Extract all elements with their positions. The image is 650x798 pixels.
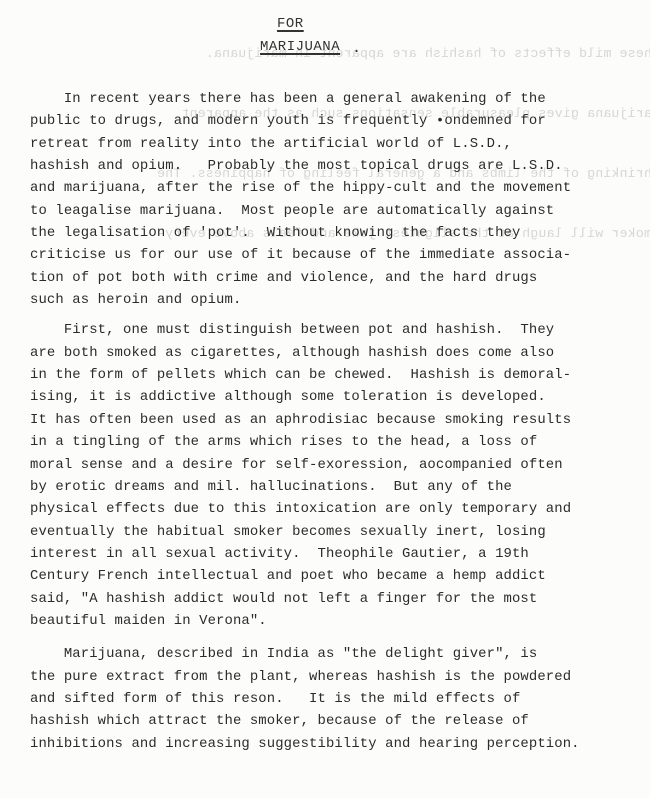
text-line: criticise us for our use of it because o… — [30, 244, 640, 266]
text-line: moral sense and a desire for self-exores… — [30, 454, 640, 476]
text-line: public to drugs, and modern youth is fre… — [30, 110, 640, 132]
text-line: beautiful maiden in Verona". — [30, 610, 640, 632]
text-line: hashish which attract the smoker, becaus… — [30, 710, 640, 732]
text-line: and sifted form of this reson. It is the… — [30, 688, 640, 710]
text-line: It has often been used as an aphrodisiac… — [30, 409, 640, 431]
text-line: the legalisation of 'pot'. Without knowi… — [30, 222, 640, 244]
title-line-for: FOR — [277, 16, 304, 32]
text-line: physical effects due to this intoxicatio… — [30, 498, 640, 520]
text-line: the pure extract from the plant, whereas… — [30, 666, 640, 688]
text-line: such as heroin and opium. — [30, 289, 640, 311]
text-line: interest in all sexual activity. Theophi… — [30, 543, 640, 565]
text-line: by erotic dreams and mil. hallucinations… — [30, 476, 640, 498]
text-line: inhibitions and increasing suggestibilit… — [30, 733, 640, 755]
paragraph-2: First, one must distinguish between pot … — [30, 319, 640, 632]
text-line: and marijuana, after the rise of the hip… — [30, 177, 640, 199]
paragraph-spacer — [30, 311, 640, 319]
text-line: in a tingling of the arms which rises to… — [30, 431, 640, 453]
title-line-marijuana: MARIJUANA — [260, 39, 340, 55]
paragraph-1: In recent years there has been a general… — [30, 88, 640, 311]
text-line: Marijuana, described in India as "the de… — [30, 643, 640, 665]
text-line: said, "A hashish addict would not left a… — [30, 588, 640, 610]
text-line: ising, it is addictive although some tol… — [30, 386, 640, 408]
paragraph-spacer — [30, 632, 640, 643]
text-line: are both smoked as cigarettes, although … — [30, 342, 640, 364]
text-line: in the form of pellets which can be chew… — [30, 364, 640, 386]
text-line: hashish and opium. Probably the most top… — [30, 155, 640, 177]
text-line: tion of pot both with crime and violence… — [30, 267, 640, 289]
text-line: In recent years there has been a general… — [30, 88, 640, 110]
text-line: Century French intellectual and poet who… — [30, 565, 640, 587]
text-line: to leagalise marijuana. Most people are … — [30, 200, 640, 222]
title-punctuation: . — [352, 40, 361, 57]
text-line: First, one must distinguish between pot … — [30, 319, 640, 341]
paragraph-3: Marijuana, described in India as "the de… — [30, 643, 640, 755]
text-line: eventually the habitual smoker becomes s… — [30, 521, 640, 543]
document-body: In recent years there has been a general… — [30, 88, 640, 755]
text-line: retreat from reality into the artificial… — [30, 133, 640, 155]
typewritten-page: These mild effects of hashish are appare… — [0, 0, 650, 798]
